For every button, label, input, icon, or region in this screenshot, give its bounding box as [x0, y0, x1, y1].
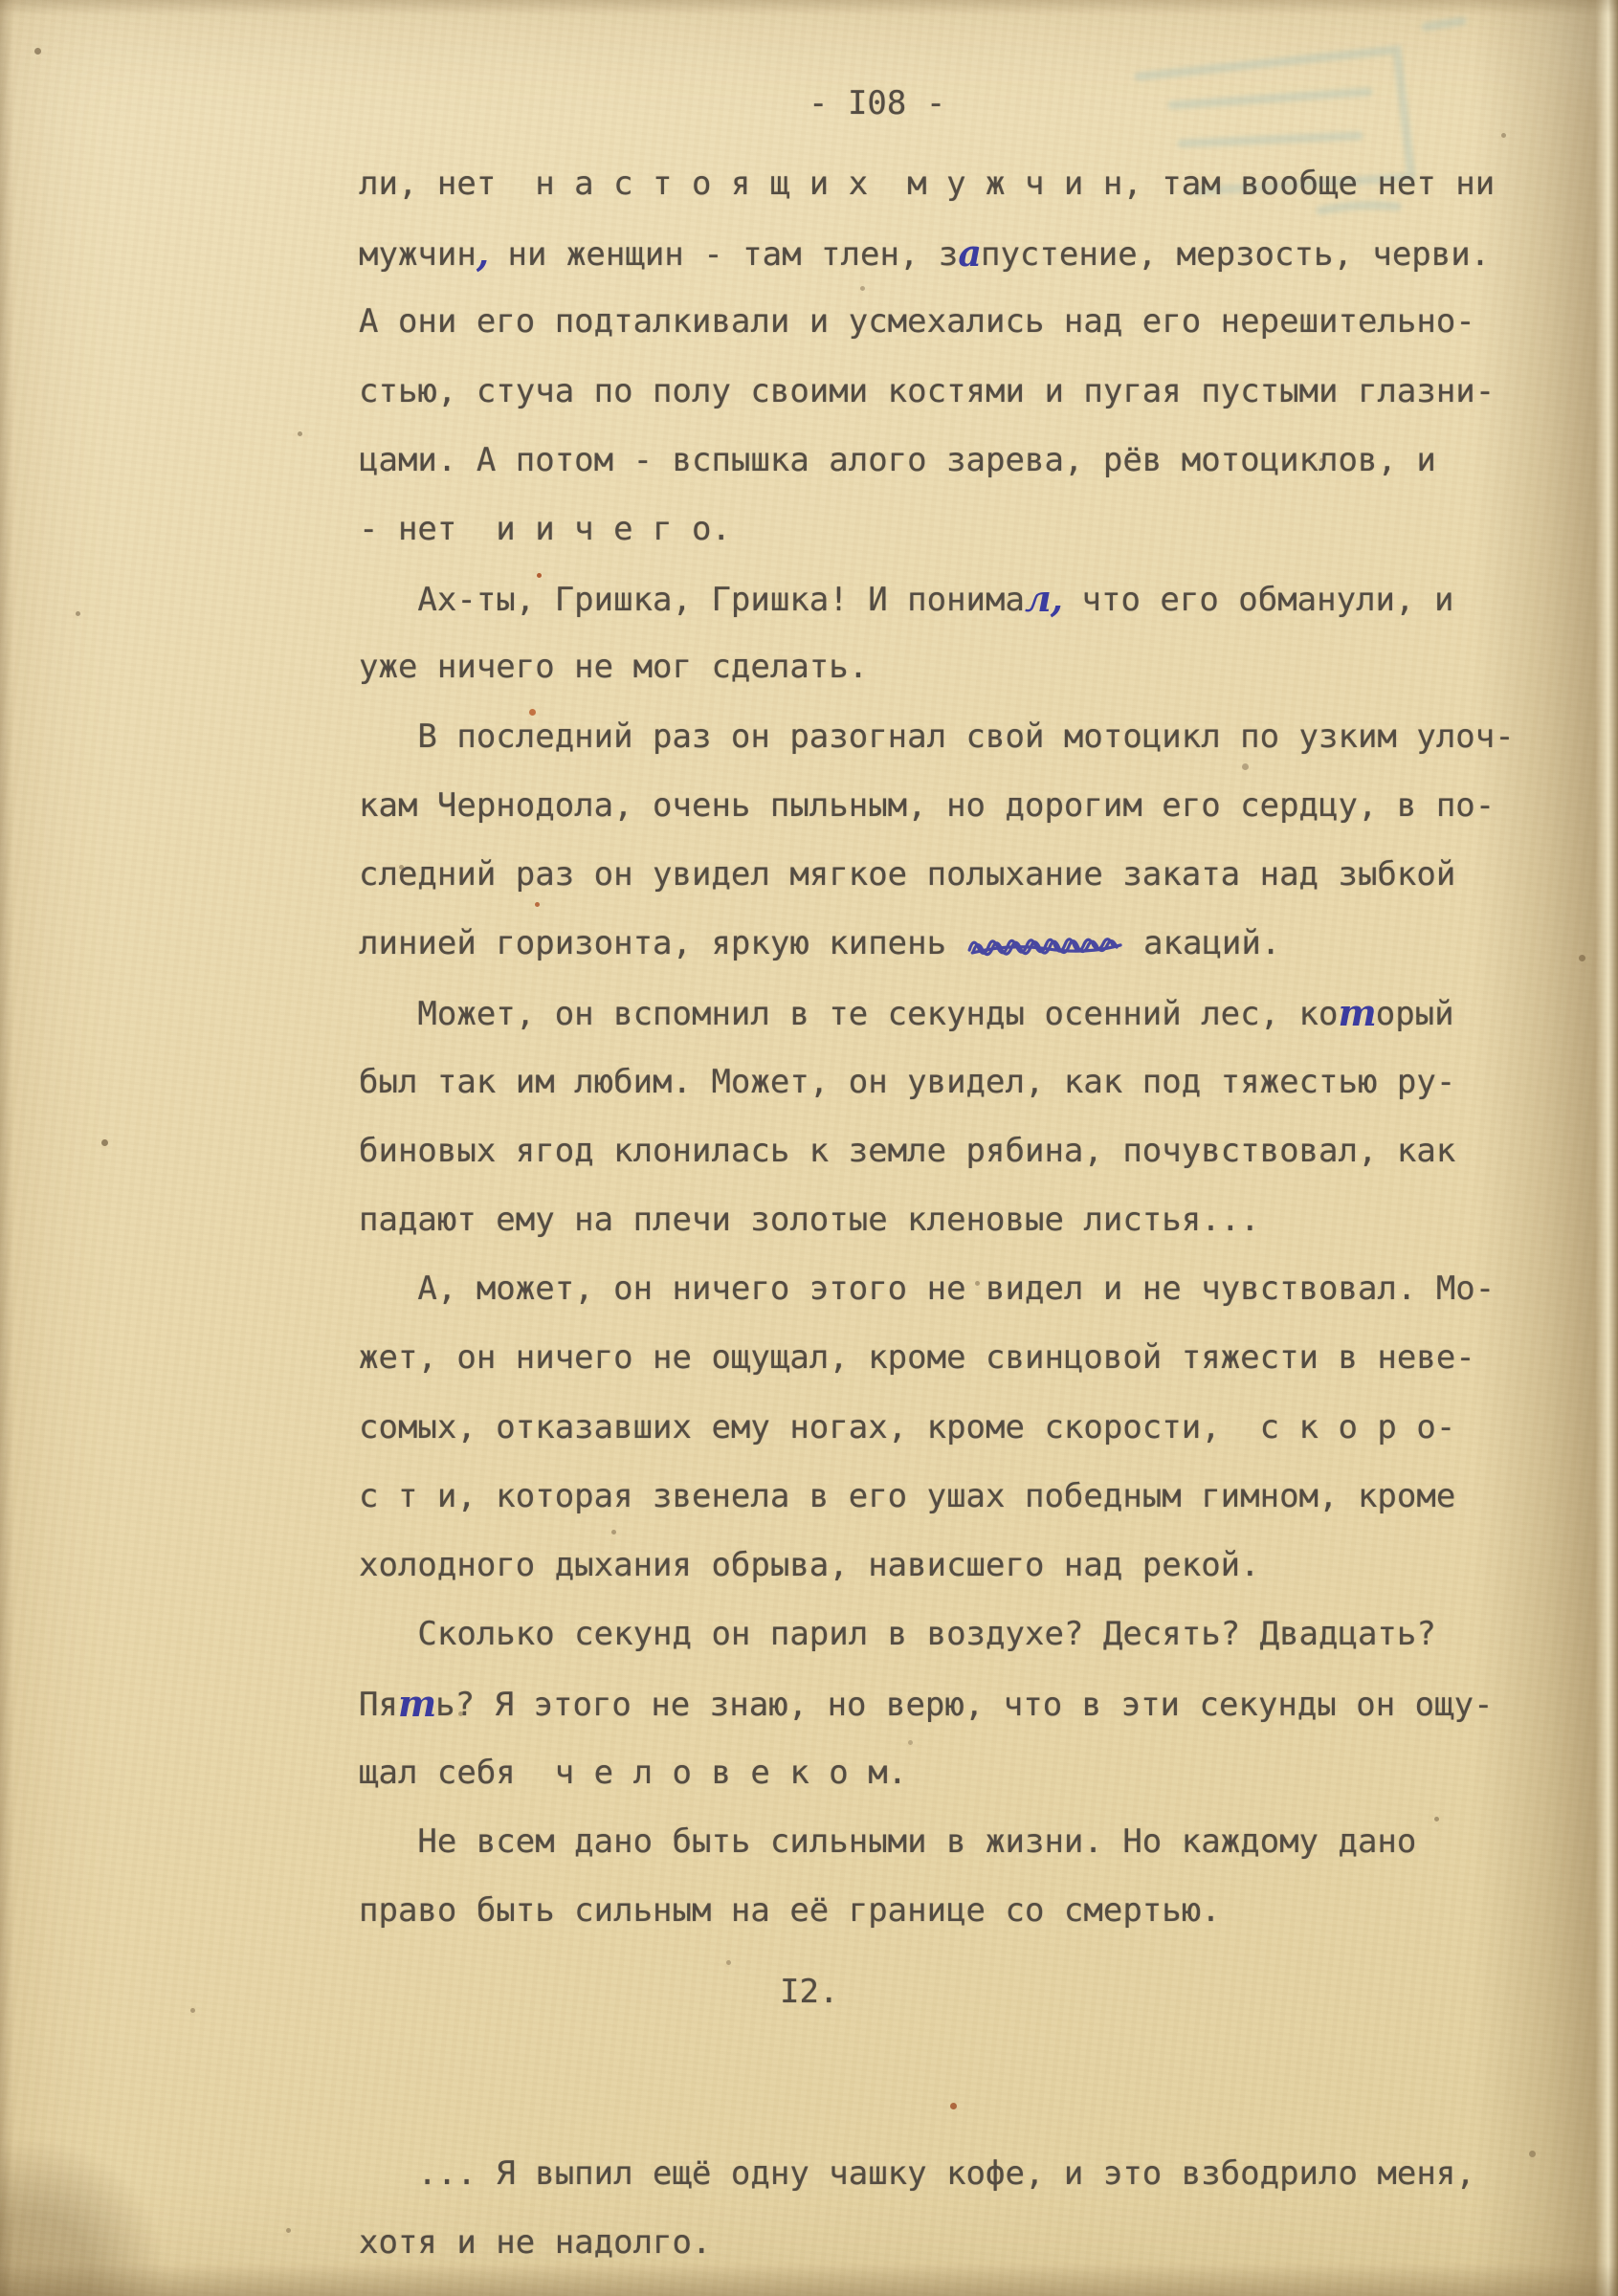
typewritten-line: цами. А потом - вспышка алого зарева, рё…	[359, 439, 1436, 481]
typewritten-line: следний раз он увидел мягкое полыхание з…	[359, 853, 1455, 895]
typed-text: жет, он ничего не ощущал, кроме свинцово…	[359, 1338, 1475, 1377]
typewritten-line: щал себя ч е л о в е к о м.	[359, 1752, 907, 1794]
typed-text: цами. А потом - вспышка алого зарева, рё…	[359, 441, 1436, 479]
handwritten-correction: т	[1339, 991, 1376, 1034]
section-number: I2.	[780, 1973, 838, 2011]
typed-text: акаций.	[1124, 924, 1281, 962]
typewritten-line: ли, нет н а с т о я щ и х м у ж ч и н, т…	[359, 163, 1495, 205]
handwritten-correction: т	[398, 1682, 435, 1725]
typed-text: ли, нет н а с т о я щ и х м у ж ч и н, т…	[359, 165, 1495, 203]
typewritten-line: хотя и не надолго.	[359, 2221, 711, 2263]
typed-text: Не всем дано быть сильными в жизни. Но к…	[359, 1822, 1416, 1861]
typewritten-line: мужчин, ни женщин - там тлен, запустение…	[359, 232, 1490, 276]
typed-text: сомых, отказавших ему ногах, кроме скоро…	[359, 1408, 1455, 1446]
typed-text: Пя	[359, 1686, 398, 1724]
typewritten-line: линией горизонта, яркую кипень акаций.	[359, 922, 1280, 964]
typed-text: был так им любим. Может, он увидел, как …	[359, 1063, 1455, 1101]
typewritten-line: В последний раз он разогнал свой мотоцик…	[359, 716, 1515, 758]
typed-text: В последний раз он разогнал свой мотоцик…	[359, 717, 1515, 756]
typewritten-line: биновых ягод клонилась к земле рябина, п…	[359, 1130, 1455, 1172]
typewritten-line: уже ничего не мог сделать.	[359, 646, 868, 688]
typed-text: холодного дыхания обрыва, нависшего над …	[359, 1546, 1260, 1584]
handwritten-correction: л,	[1025, 577, 1062, 620]
typewritten-line: был так им любим. Может, он увидел, как …	[359, 1061, 1455, 1103]
typed-text: щал себя ч е л о в е к о м.	[359, 1754, 907, 1792]
typewritten-line: А, может, он ничего этого не видел и не …	[359, 1268, 1495, 1310]
typed-text: Ах-ты, Гришка, Гришка! И понима	[359, 581, 1025, 619]
typewritten-line: ... Я выпил ещё одну чашку кофе, и это в…	[359, 2152, 1475, 2195]
typewritten-line: Не всем дано быть сильными в жизни. Но к…	[359, 1821, 1416, 1863]
typed-text: мужчин	[359, 235, 477, 274]
typed-text: пустение, мерзость, черви.	[981, 235, 1490, 274]
typed-text: стью, стуча по полу своими костями и пуг…	[359, 372, 1495, 410]
typewritten-line: сомых, отказавших ему ногах, кроме скоро…	[359, 1406, 1455, 1448]
handwritten-correction: а	[958, 232, 981, 275]
typed-text: биновых ягод клонилась к земле рябина, п…	[359, 1132, 1455, 1170]
typed-text: следний раз он увидел мягкое полыхание з…	[359, 855, 1455, 894]
typed-text: с т и, которая звенела в его ушах победн…	[359, 1477, 1455, 1515]
typed-text: орый	[1376, 995, 1454, 1033]
typewritten-line: Может, он вспомнил в те секунды осенний …	[359, 991, 1454, 1035]
typewritten-line: стью, стуча по полу своими костями и пуг…	[359, 370, 1495, 412]
ink-scribble-strikethrough	[966, 930, 1124, 959]
typewritten-line: - нет и и ч е г о.	[359, 508, 731, 550]
typed-text: право быть сильным на её границе со смер…	[359, 1891, 1221, 1930]
typed-text: что его обманули, и	[1062, 581, 1453, 619]
typewritten-line: кам Чернодола, очень пыльным, но дорогим…	[359, 784, 1495, 827]
typewritten-line: с т и, которая звенела в его ушах победн…	[359, 1475, 1455, 1517]
typewritten-line: Пять? Я этого не знаю, но верю, что в эт…	[359, 1682, 1494, 1726]
typed-text: уже ничего не мог сделать.	[359, 648, 868, 686]
typewritten-line: падают ему на плечи золотые кленовые лис…	[359, 1199, 1260, 1241]
page-number: - I08 -	[809, 84, 945, 122]
typewritten-line: холодного дыхания обрыва, нависшего над …	[359, 1544, 1260, 1586]
ink-bleed-through	[1081, 10, 1512, 239]
typewritten-line: Сколько секунд он парил в воздухе? Десят…	[359, 1613, 1436, 1655]
typed-text: падают ему на плечи золотые кленовые лис…	[359, 1201, 1260, 1239]
typed-text: А они его подталкивали и усмехались над …	[359, 302, 1475, 341]
typed-text: ... Я выпил ещё одну чашку кофе, и это в…	[359, 2154, 1475, 2193]
paper-speckles	[0, 0, 3, 3]
typewritten-line: право быть сильным на её границе со смер…	[359, 1889, 1221, 1932]
typed-text: линией горизонта, яркую кипень	[359, 924, 966, 962]
typed-text: ь? Я этого не знаю, но верю, что в эти с…	[435, 1686, 1493, 1724]
typewritten-line: жет, он ничего не ощущал, кроме свинцово…	[359, 1336, 1475, 1379]
typed-text: ни женщин - там тлен, з	[488, 235, 958, 274]
typed-text: - нет и и ч е г о.	[359, 510, 731, 548]
typed-text: Сколько секунд он парил в воздухе? Десят…	[359, 1615, 1436, 1653]
typed-text: А, может, он ничего этого не видел и не …	[359, 1269, 1495, 1308]
typed-text: Может, он вспомнил в те секунды осенний …	[359, 995, 1339, 1033]
typewritten-line: А они его подталкивали и усмехались над …	[359, 300, 1475, 342]
handwritten-correction: ,	[477, 232, 488, 275]
typed-text: кам Чернодола, очень пыльным, но дорогим…	[359, 786, 1495, 825]
typed-text: хотя и не надолго.	[359, 2223, 711, 2262]
manuscript-page: - I08 - ли, нет н а с т о я щ и х м у ж …	[0, 0, 1618, 2296]
typewritten-line: Ах-ты, Гришка, Гришка! И понимал, что ег…	[359, 577, 1453, 621]
